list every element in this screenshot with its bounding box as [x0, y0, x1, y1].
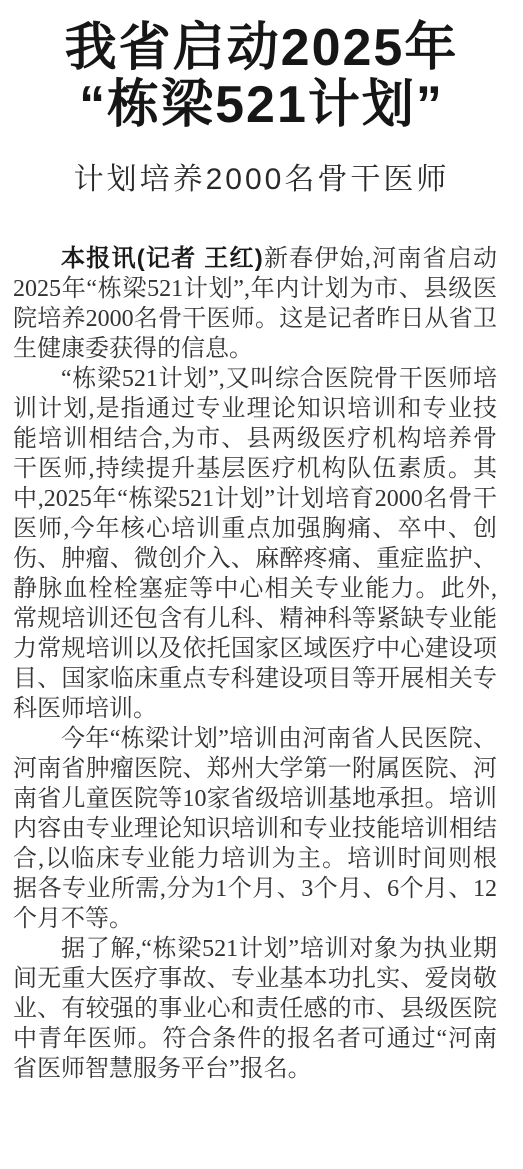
- article-body: 本报讯(记者 王红)新春伊始,河南省启动2025年“栋梁521计划”,年内计划为…: [13, 244, 497, 1084]
- headline-line-2: “栋梁521计划”: [0, 77, 523, 134]
- paragraph-3-text: 今年“栋梁计划”培训由河南省人民医院、河南省肿瘤医院、郑州大学第一附属医院、河南…: [13, 726, 497, 932]
- paragraph-3: 今年“栋梁计划”培训由河南省人民医院、河南省肿瘤医院、郑州大学第一附属医院、河南…: [13, 724, 497, 934]
- article-headline: 我省启动2025年 “栋梁521计划”: [0, 0, 523, 134]
- paragraph-4: 据了解,“栋梁521计划”培训对象为执业期间无重大医疗事故、专业基本功扎实、爱岗…: [13, 934, 497, 1084]
- paragraph-1: 本报讯(记者 王红)新春伊始,河南省启动2025年“栋梁521计划”,年内计划为…: [13, 244, 497, 364]
- dateline-lead: 本报讯: [61, 245, 137, 272]
- headline-line-1: 我省启动2025年: [0, 20, 523, 77]
- paragraph-4-text: 据了解,“栋梁521计划”培训对象为执业期间无重大医疗事故、专业基本功扎实、爱岗…: [13, 936, 497, 1082]
- newspaper-article-page: 我省启动2025年 “栋梁521计划” 计划培养2000名骨干医师 本报讯(记者…: [0, 0, 523, 1169]
- paragraph-2-text: “栋梁521计划”,又叫综合医院骨干医师培训计划,是指通过专业理论知识培训和专业…: [13, 366, 497, 722]
- paragraph-2: “栋梁521计划”,又叫综合医院骨干医师培训计划,是指通过专业理论知识培训和专业…: [13, 364, 497, 724]
- reporter-byline: (记者 王红): [137, 245, 263, 272]
- article-subheadline: 计划培养2000名骨干医师: [0, 162, 523, 198]
